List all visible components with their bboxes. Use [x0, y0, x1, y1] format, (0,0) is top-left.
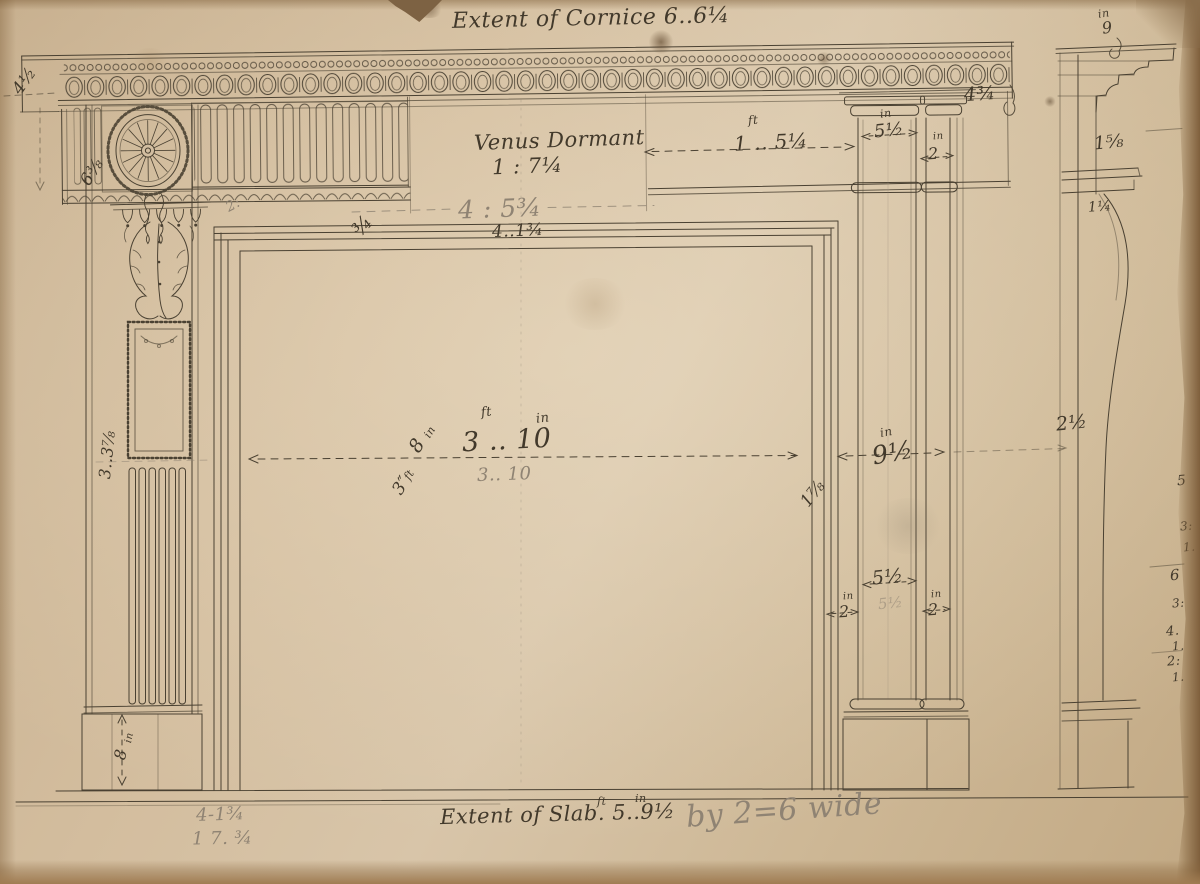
dim-diagonal-fraction: ¾	[348, 211, 376, 239]
dim-column-2-left: 2	[838, 604, 850, 621]
annotation-pencil-sum-2: 1 7. ¾	[192, 829, 253, 848]
unit-label-in-plinth: in	[124, 732, 136, 744]
dim-rotated-3-3-78: 3..3⅞	[97, 430, 118, 480]
annotation-pencil-sum-1: 4-1¾	[196, 805, 245, 825]
edge-number-8: 1.	[1172, 670, 1185, 683]
paper-corner-topright	[1136, 0, 1200, 48]
annotation-extent-of-cornice: Extent of Cornice 6..6¼	[452, 5, 730, 33]
dim-column-5half-top: 5½	[873, 120, 905, 141]
dim-column-2-top: 2	[927, 146, 939, 163]
dim-pencil-2: 2:	[224, 195, 243, 214]
drawing-sheet: Extent of Cornice 6..6¼ Venus Dormant 1 …	[0, 0, 1200, 884]
edge-number-2: 1.	[1183, 540, 1196, 553]
dim-rotated-8: 8	[112, 748, 130, 762]
dim-profile-9: 9	[1101, 19, 1114, 36]
dim-9half: 9½	[870, 437, 915, 469]
dim-opening-width: 3 .. 10	[461, 425, 552, 457]
dim-column-2-right: 2	[927, 602, 939, 619]
edge-number-6: 1.	[1172, 639, 1185, 652]
unit-label-ft-frieze: ft	[748, 114, 759, 127]
dim-column-5half-mid: 5½	[871, 566, 904, 588]
dim-column-5half-mid-pencil: 5½	[877, 595, 904, 613]
dim-pencil-4-5-34: 4 : 5¾	[458, 195, 542, 223]
dim-diagonal-1-78: 1⅞	[798, 478, 829, 511]
annotation-venus-dormant: Venus Dormant	[474, 127, 645, 154]
dim-rotated-4half: 4½	[10, 65, 40, 98]
dim-profile-2half: 2½	[1055, 412, 1088, 434]
edge-number-3: 6	[1169, 568, 1180, 584]
dim-rotated-6-38: 6⅜	[78, 156, 107, 189]
dim-frieze-1-5-14: 1 .. 5¼	[734, 130, 809, 154]
unit-label-in-diagonal: in	[422, 424, 437, 440]
dim-cornice-4-34: 4¾	[963, 84, 996, 105]
edge-number-4: 3:	[1172, 596, 1186, 609]
unit-label-ft-center: ft	[480, 405, 492, 419]
dim-profile-1-14: 1¼	[1088, 199, 1112, 215]
unit-label-in-captop: in	[879, 107, 892, 119]
dim-opening-width-pencil: 3.. 10	[477, 465, 532, 485]
annotation-layer: Extent of Cornice 6..6¼ Venus Dormant 1 …	[0, 0, 1200, 884]
dim-profile-1-58: 1⅝	[1093, 132, 1125, 153]
unit-label-in-slab: in	[635, 793, 647, 804]
dim-venus-dormant: 1 : 7¼	[492, 155, 563, 178]
edge-number-1: 3:	[1180, 519, 1194, 532]
edge-number-7: 2:	[1166, 654, 1181, 668]
annotation-by-2-6-wide: by 2=6 wide	[685, 789, 883, 833]
edge-number-5: 4.	[1165, 624, 1179, 638]
unit-label-ft-slab: ft	[597, 796, 607, 807]
dim-diagonal-8: 8	[406, 435, 429, 456]
edge-number-0: 5	[1176, 474, 1187, 489]
unit-label-in-2top: in	[933, 132, 944, 143]
dim-ink-4-1-34: 4..1¾	[492, 222, 544, 241]
